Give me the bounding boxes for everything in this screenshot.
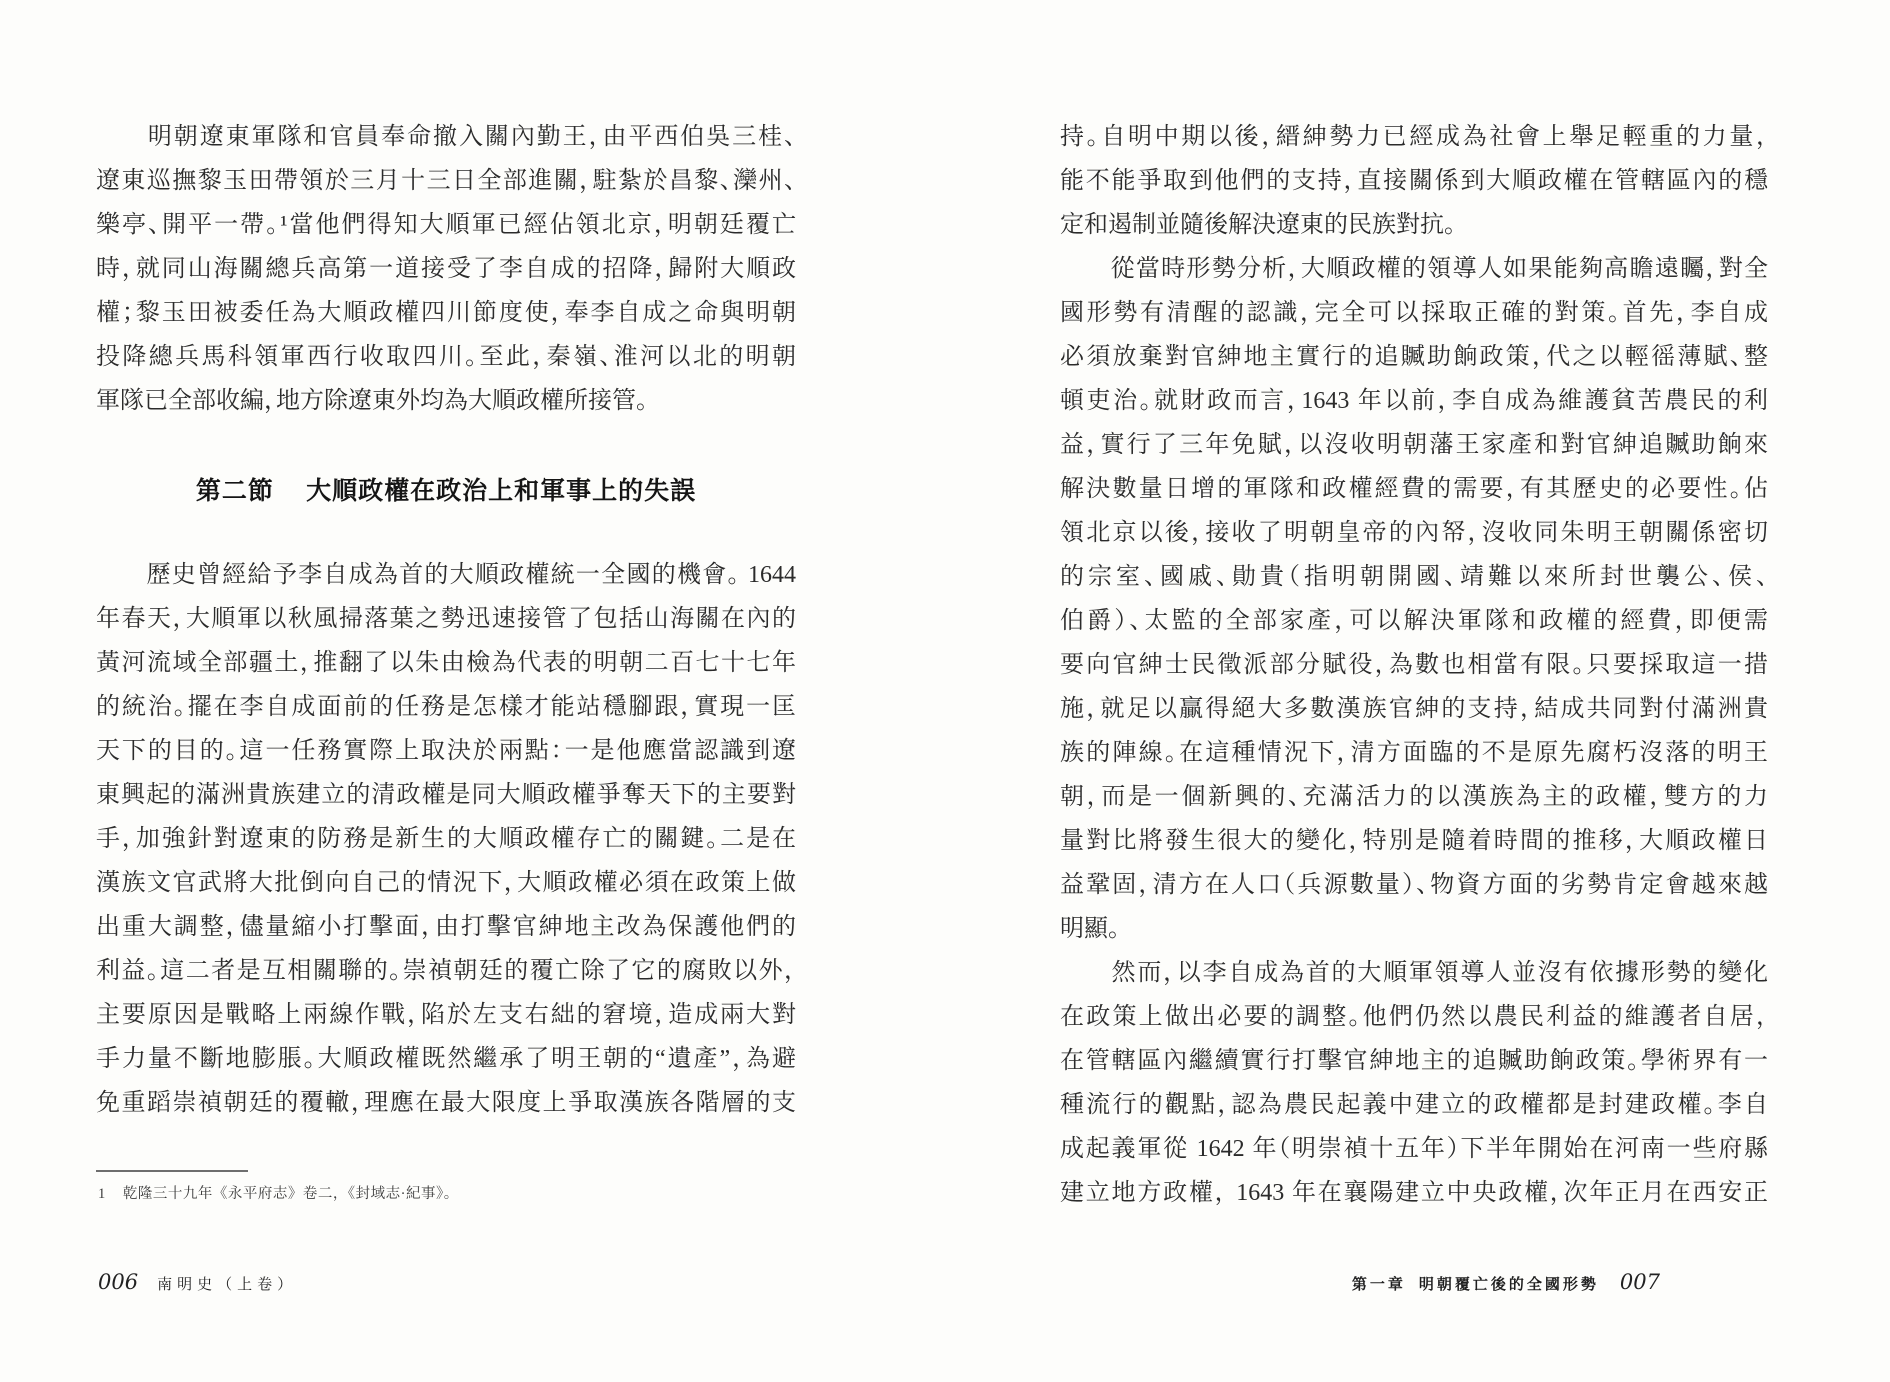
footnote-divider [96,1170,248,1172]
text-line: 手力量不斷地膨脹。大順政權既然繼承了明王朝的“遺產”，為避 [96,1037,796,1081]
text-line: 利益。這二者是互相關聯的。崇禎朝廷的覆亡除了它的腐敗以外， [96,949,796,993]
text-line: 主要原因是戰略上兩線作戰，陷於左支右絀的窘境，造成兩大對 [96,993,796,1037]
book-title: 南明史（上卷） [157,1277,297,1293]
section-heading-label: 第二節 [196,478,274,505]
text-line: 黃河流域全部疆土，推翻了以朱由檢為代表的明朝二百七十七年 [96,641,796,685]
left-page-footer: 006 南明史（上卷） [98,1270,297,1294]
right-page-body: 持。自明中期以後，縉紳勢力已經成為社會上舉足輕重的力量，能不能爭取到他們的支持，… [1060,115,1768,1215]
text-line: 遼東巡撫黎玉田帶領於三月十三日全部進關，駐紮於昌黎、灤州、 [96,159,796,203]
text-line: 年春天，大順軍以秋風掃落葉之勢迅速接管了包括山海關在內的 [96,597,796,641]
book-spread: 明朝遼東軍隊和官員奉命撤入關內勤王，由平西伯吳三桂、遼東巡撫黎玉田帶領於三月十三… [0,0,1890,1382]
right-page-footer: 第一章 明朝覆亡後的全國形勢 007 [1060,1270,1660,1294]
text-line: 朝，而是一個新興的、充滿活力的以漢族為主的政權，雙方的力 [1060,775,1768,819]
text-line: 樂亭、開平一帶。¹當他們得知大順軍已經佔領北京，明朝廷覆亡 [96,203,796,247]
section-heading: 第二節 大順政權在政治上和軍事上的失誤 [96,470,796,514]
text-line: 量對比將發生很大的變化，特別是隨着時間的推移，大順政權日 [1060,819,1768,863]
text-line: 免重蹈崇禎朝廷的覆轍，理應在最大限度上爭取漢族各階層的支 [96,1081,796,1125]
text-line: 族的陣線。在這種情況下，清方面臨的不是原先腐朽沒落的明王 [1060,731,1768,775]
text-line: 的宗室、國戚、勛貴（指明朝開國、靖難以來所封世襲公、侯、 [1060,555,1768,599]
text-line: 定和遏制並隨後解決遼東的民族對抗。 [1060,203,1768,247]
chapter-label: 第一章 [1352,1277,1406,1293]
left-page-number: 006 [98,1270,138,1294]
right-page-number: 007 [1620,1270,1660,1294]
footnote-text: 乾隆三十九年《永平府志》卷二，《封域志·紀事》。 [123,1186,459,1202]
text-line: 在管轄區內繼續實行打擊官紳地主的追贓助餉政策。學術界有一 [1060,1039,1768,1083]
text-line: 施，就足以贏得絕大多數漢族官紳的支持，結成共同對付滿洲貴 [1060,687,1768,731]
text-line: 的統治。擺在李自成面前的任務是怎樣才能站穩腳跟，實現一匡 [96,685,796,729]
text-line: 益，實行了三年免賦，以沒收明朝藩王家產和對官紳追贓助餉來 [1060,423,1768,467]
text-line: 從當時形勢分析，大順政權的領導人如果能夠高瞻遠矚，對全 [1060,247,1768,291]
text-line: 種流行的觀點，認為農民起義中建立的政權都是封建政權。李自 [1060,1083,1768,1127]
text-line: 漢族文官武將大批倒向自己的情況下，大順政權必須在政策上做 [96,861,796,905]
text-line: 建立地方政權， 1643 年在襄陽建立中央政權，次年正月在西安正 [1060,1171,1768,1215]
text-line: 頓吏治。就財政而言，1643 年以前，李自成為維護貧苦農民的利 [1060,379,1768,423]
text-line: 投降總兵馬科領軍西行收取四川。至此，秦嶺、淮河以北的明朝 [96,335,796,379]
text-line: 手，加強針對遼東的防務是新生的大順政權存亡的關鍵。二是在 [96,817,796,861]
text-line: 東興起的滿洲貴族建立的清政權是同大順政權爭奪天下的主要對 [96,773,796,817]
text-line: 解決數量日增的軍隊和政權經費的需要，有其歷史的必要性。佔 [1060,467,1768,511]
text-line: 明朝遼東軍隊和官員奉命撤入關內勤王，由平西伯吳三桂、 [96,115,796,159]
text-line: 領北京以後，接收了明朝皇帝的內帑，沒收同朱明王朝關係密切 [1060,511,1768,555]
text-line: 然而，以李自成為首的大順軍領導人並沒有依據形勢的變化 [1060,951,1768,995]
text-line: 天下的目的。這一任務實際上取決於兩點：一是他應當認識到遼 [96,729,796,773]
text-line: 軍隊已全部收編，地方除遼東外均為大順政權所接管。 [96,379,796,423]
text-line: 能不能爭取到他們的支持，直接關係到大順政權在管轄區內的穩 [1060,159,1768,203]
text-line: 伯爵）、太監的全部家產，可以解決軍隊和政權的經費，即便需 [1060,599,1768,643]
text-line: 明顯。 [1060,907,1768,951]
chapter-title: 明朝覆亡後的全國形勢 [1419,1277,1599,1293]
text-line: 在政策上做出必要的調整。他們仍然以農民利益的維護者自居， [1060,995,1768,1039]
text-line: 益鞏固，清方在人口（兵源數量）、物資方面的劣勢肯定會越來越 [1060,863,1768,907]
text-line: 時，就同山海關總兵高第一道接受了李自成的招降，歸附大順政 [96,247,796,291]
text-line: 成起義軍從 1642 年（明崇禎十五年）下半年開始在河南一些府縣 [1060,1127,1768,1171]
text-line: 出重大調整，儘量縮小打擊面，由打擊官紳地主改為保護他們的 [96,905,796,949]
text-line: 權；黎玉田被委任為大順政權四川節度使，奉李自成之命與明朝 [96,291,796,335]
left-paragraph-2: 歷史曾經給予李自成為首的大順政權統一全國的機會。 1644年春天，大順軍以秋風掃… [96,553,796,1125]
text-line: 國形勢有清醒的認識，完全可以採取正確的對策。首先，李自成 [1060,291,1768,335]
text-line: 持。自明中期以後，縉紳勢力已經成為社會上舉足輕重的力量， [1060,115,1768,159]
text-line: 必須放棄對官紳地主實行的追贓助餉政策，代之以輕徭薄賦、整 [1060,335,1768,379]
footnote: 1 乾隆三十九年《永平府志》卷二，《封域志·紀事》。 [98,1184,798,1204]
left-paragraph-1: 明朝遼東軍隊和官員奉命撤入關內勤王，由平西伯吳三桂、遼東巡撫黎玉田帶領於三月十三… [96,115,796,423]
section-heading-title: 大順政權在政治上和軍事上的失誤 [306,478,696,505]
text-line: 要向官紳士民徵派部分賦役，為數也相當有限。只要採取這一措 [1060,643,1768,687]
footnote-marker: 1 [98,1186,106,1202]
text-line: 歷史曾經給予李自成為首的大順政權統一全國的機會。 1644 [96,553,796,597]
